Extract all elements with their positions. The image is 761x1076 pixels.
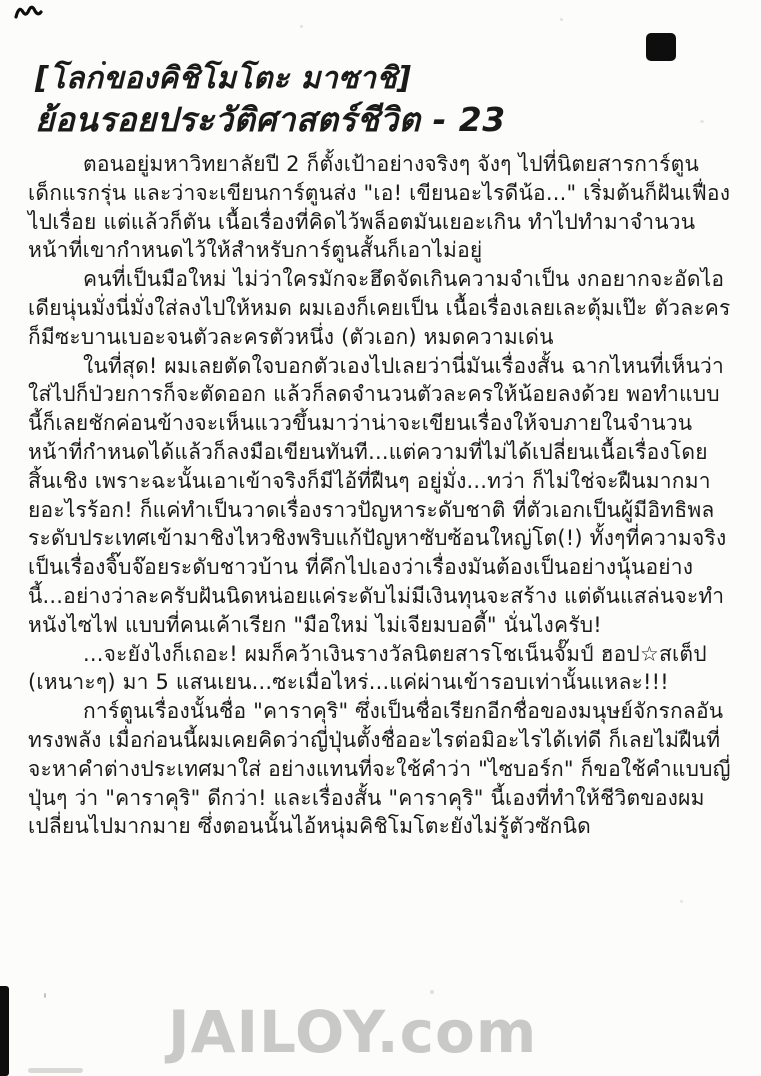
scan-noise [680, 900, 683, 903]
scan-noise [44, 993, 46, 998]
watermark: JAILOY.com [168, 998, 618, 1066]
scan-black-square-artifact [646, 33, 676, 61]
scanned-document-page: [โลกของคิชิโมโตะ มาซาชิ] ย้อนรอยประวัติศ… [0, 0, 761, 1076]
scan-noise [300, 25, 303, 28]
scan-noise [560, 18, 563, 21]
paragraph: ...จะยังไงก็เถอะ! ผมก็คว้าเงินรางวัลนิตย… [28, 640, 732, 698]
paragraph: คนที่เป็นมือใหม่ ไม่ว่าใครมักจะฮึดจัดเกิ… [28, 265, 732, 351]
series-title: [โลกของคิชิโมโตะ มาซาชิ] [35, 60, 725, 98]
paragraph: ตอนอยู่มหาวิทยาลัยปี 2 ก็ตั้งเป้าอย่างจร… [28, 150, 732, 265]
scan-smudge [28, 1068, 83, 1073]
paragraph: การ์ตูนเรื่องนั้นชื่อ "คาราคุริ" ซึ่งเป็… [28, 697, 732, 841]
paragraph: ในที่สุด! ผมเลยตัดใจบอกตัวเองไปเลยว่านี่… [28, 352, 732, 640]
scan-scribble-mark [13, 2, 43, 24]
title-block: [โลกของคิชิโมโตะ มาซาชิ] ย้อนรอยประวัติศ… [35, 60, 725, 139]
article-body: ตอนอยู่มหาวิทยาลัยปี 2 ก็ตั้งเป้าอย่างจร… [28, 150, 732, 841]
page-title: ย้อนรอยประวัติศาสตร์ชีวิต - 23 [35, 100, 725, 140]
scan-noise [430, 990, 434, 994]
scan-edge-bar-artifact [0, 986, 9, 1076]
